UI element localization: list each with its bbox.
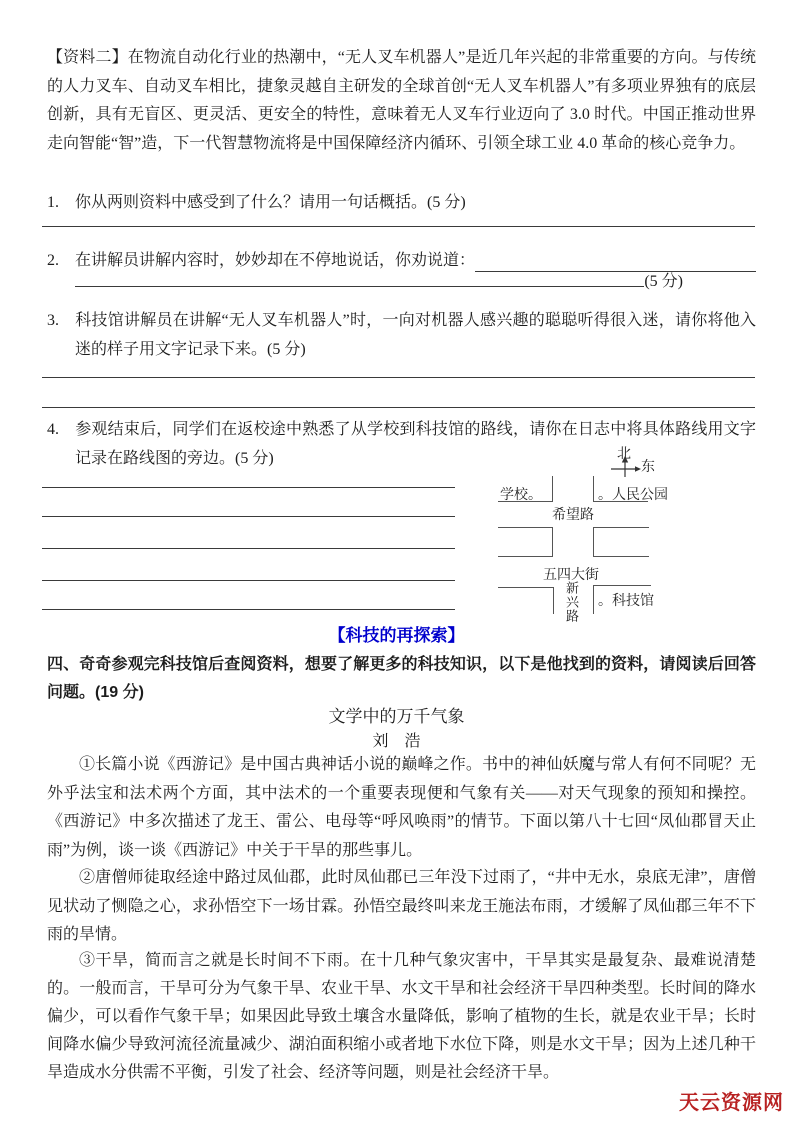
question-4-number: 4. xyxy=(47,416,75,445)
question-1-text: 你从两则资料中感受到了什么？请用一句话概括。(5 分) xyxy=(75,194,466,211)
answer-line[interactable] xyxy=(42,407,755,408)
answer-line[interactable] xyxy=(42,226,755,227)
article-paragraph-2: ②唐僧师徒取经途中路过凤仙郡，此时凤仙郡已三年没下过雨了，“井中无水，泉底无津”… xyxy=(47,864,756,950)
answer-line[interactable] xyxy=(42,487,455,488)
score-label: (5 分) xyxy=(644,268,683,291)
question-1-number: 1. xyxy=(47,189,75,218)
park-label: 。人民公园 xyxy=(598,484,668,504)
hope-road-label: 希望路 xyxy=(552,504,594,524)
question-3-number: 3. xyxy=(47,307,75,336)
compass-icon xyxy=(608,456,644,478)
map-block xyxy=(498,527,553,557)
compass-east-label: 东 xyxy=(641,456,655,476)
question-2-number: 2. xyxy=(47,247,75,276)
article-author: 刘 浩 xyxy=(0,728,793,751)
museum-label: 。科技馆 xyxy=(598,590,654,610)
article-paragraph-1: ①长篇小说《西游记》是中国古典神话小说的巅峰之作。书中的神仙妖魔与常人有何不同呢… xyxy=(47,751,756,865)
answer-line[interactable] xyxy=(42,580,455,581)
section-reexplore-header: 【科技的再探索】 xyxy=(0,621,793,646)
question-3: 3.科技馆讲解员在讲解“无人叉车机器人”时，一向对机器人感兴趣的聪聪听得很入迷，… xyxy=(47,307,756,364)
worksheet-page: 【资料二】在物流自动化行业的热潮中，“无人叉车机器人”是近几年兴起的非常重要的方… xyxy=(0,0,793,1121)
watermark: 天云资源网 xyxy=(679,1086,784,1115)
school-label: 学校。 xyxy=(500,484,542,504)
answer-line[interactable] xyxy=(42,377,755,378)
question-2-answer-row: (5 分) xyxy=(75,268,683,291)
answer-line[interactable] xyxy=(42,516,455,517)
section-4-heading: 四、奇奇参观完科技馆后查阅资料，想要了解更多的科技知识，以下是他找到的资料，请阅… xyxy=(47,651,756,707)
map-block xyxy=(593,527,649,557)
answer-line[interactable] xyxy=(42,548,455,549)
article-title: 文学中的万千气象 xyxy=(0,702,793,727)
article-paragraph-3: ③干旱，简而言之就是长时间不下雨。在十几种气象灾害中，干旱其实是最复杂、最难说清… xyxy=(47,947,756,1087)
material-2-paragraph: 【资料二】在物流自动化行业的热潮中，“无人叉车机器人”是近几年兴起的非常重要的方… xyxy=(47,44,756,158)
question-3-text: 科技馆讲解员在讲解“无人叉车机器人”时，一向对机器人感兴趣的聪聪听得很入迷，请你… xyxy=(75,312,756,358)
route-map: 北 东 学校。 。人民公园 希望路 五四大街 新兴路 。科技馆 xyxy=(488,443,760,628)
map-block xyxy=(498,587,554,614)
question-1: 1.你从两则资料中感受到了什么？请用一句话概括。(5 分) xyxy=(47,189,756,218)
answer-line[interactable] xyxy=(42,609,455,610)
answer-blank-inline[interactable] xyxy=(75,286,644,287)
